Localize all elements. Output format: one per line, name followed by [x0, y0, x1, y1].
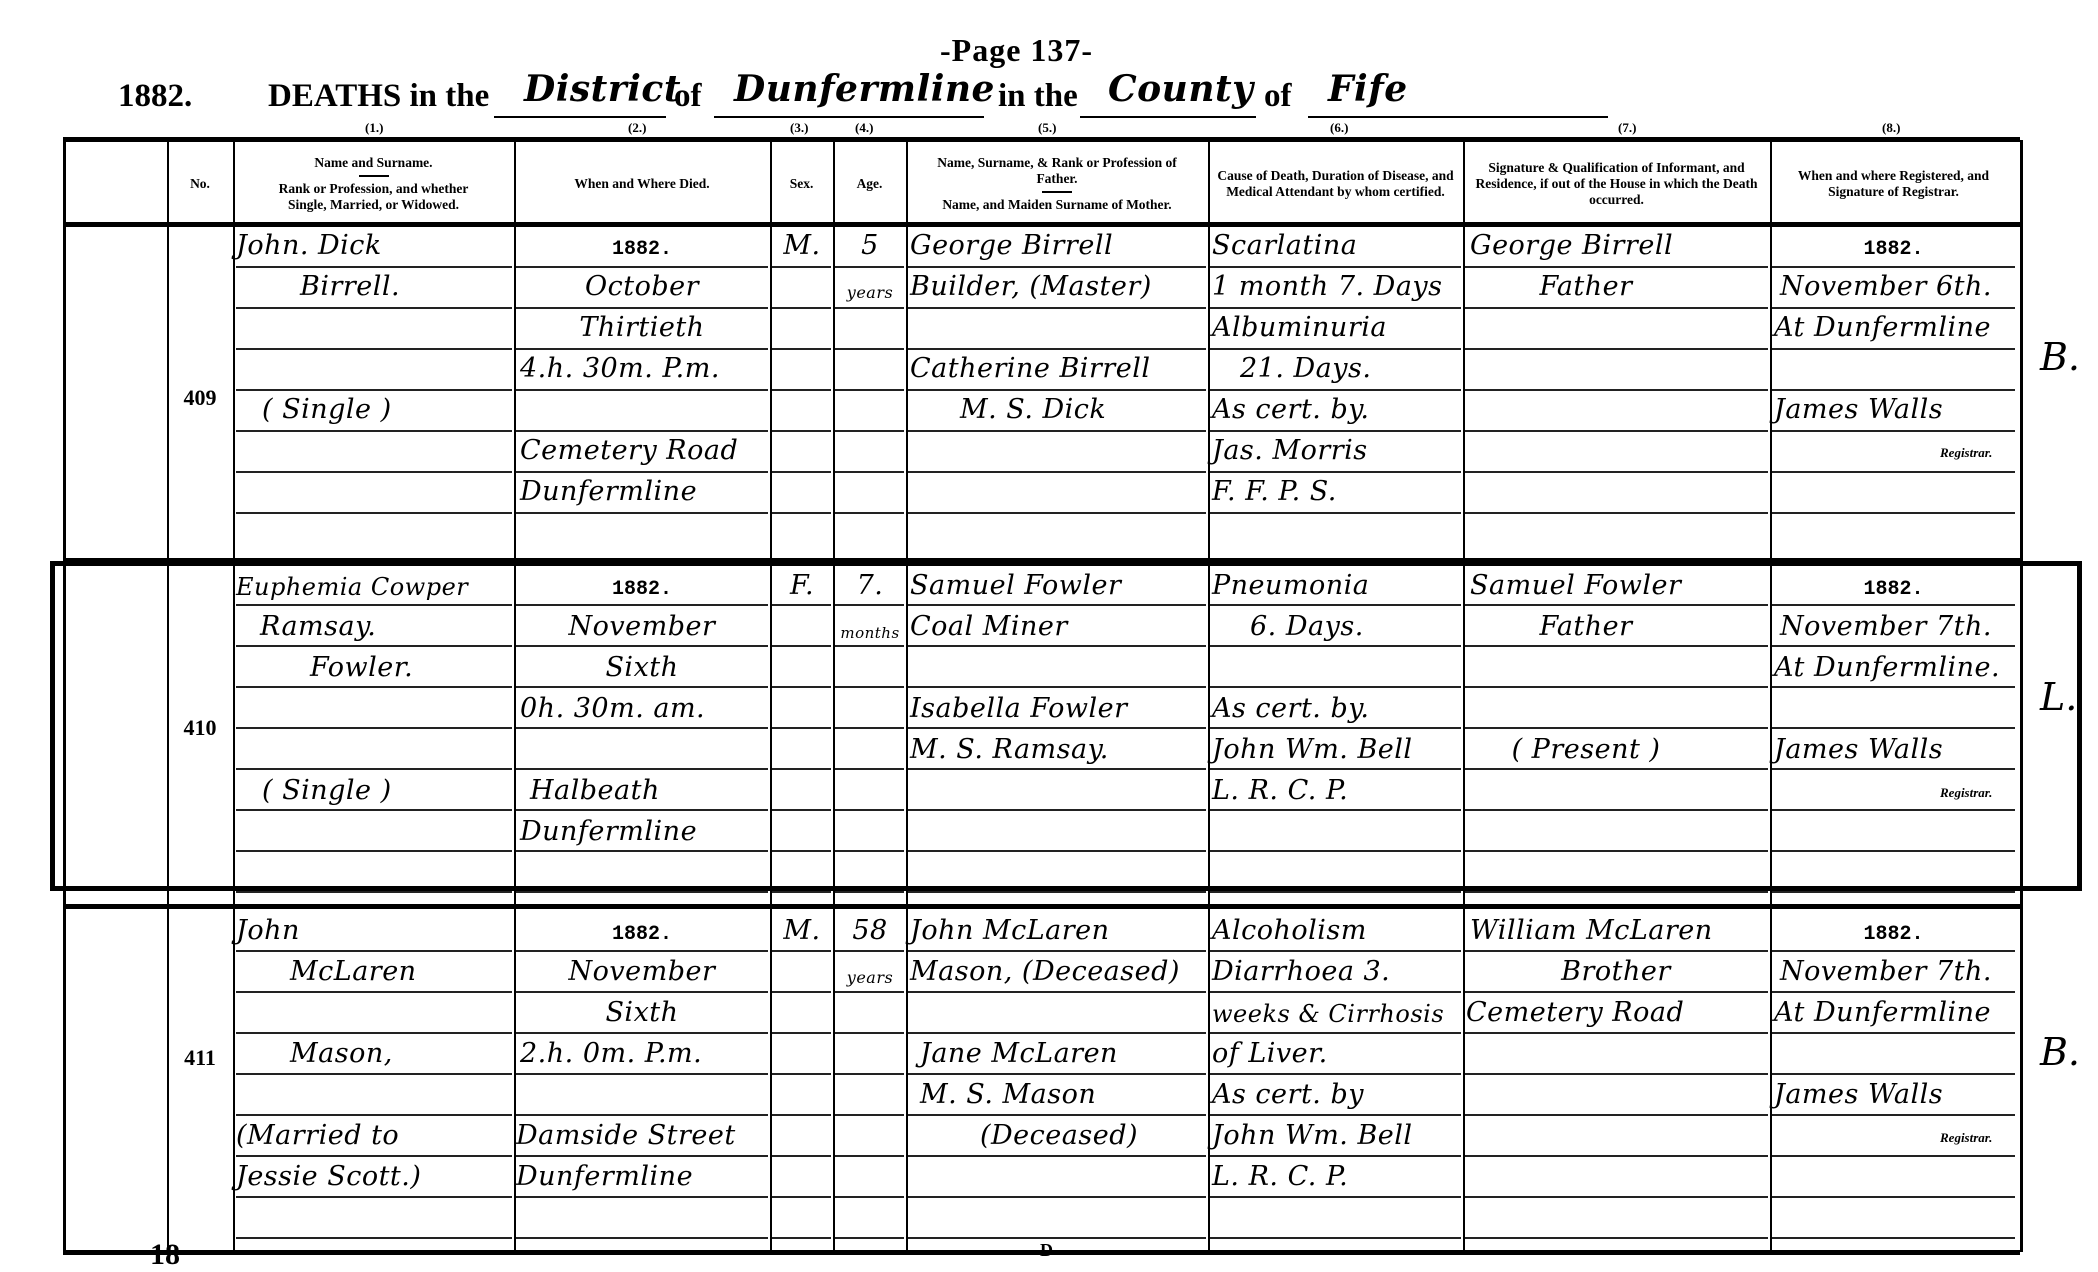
- ruled-line: [1772, 891, 2015, 893]
- ruled-line: [1465, 1237, 1768, 1239]
- col-number-4: (4.): [855, 120, 873, 136]
- name-line: McLaren: [290, 951, 510, 991]
- profession: Mason,: [290, 1033, 510, 1073]
- ruled-line: [236, 1196, 512, 1198]
- registrar-label: Registrar.: [1940, 1110, 2010, 1150]
- county-field: County: [1080, 78, 1256, 118]
- ruled-line: [1465, 1114, 1768, 1116]
- name-line: John: [236, 910, 511, 950]
- ruled-line: [1465, 1032, 1768, 1034]
- cause-line: 1 month 7. Days: [1212, 266, 1462, 306]
- cause-line: 21. Days.: [1240, 348, 1462, 388]
- sex-value: M.: [772, 225, 832, 265]
- father-name: George Birrell: [910, 225, 1206, 265]
- ruled-line: [908, 1237, 1206, 1239]
- marital-status: (Married to: [236, 1115, 514, 1155]
- ruled-line: [236, 307, 512, 309]
- ruled-line: [835, 1073, 904, 1075]
- ruled-line: [772, 1196, 831, 1198]
- ruled-line: [772, 991, 831, 993]
- record-number: 409: [170, 385, 230, 411]
- ruled-line: [1772, 1196, 2015, 1198]
- sex-value: M.: [772, 910, 832, 950]
- record-number: 411: [170, 1045, 230, 1071]
- cause-line: of Liver.: [1212, 1033, 1462, 1073]
- margin-mark: B.: [2040, 335, 2080, 379]
- death-year: 1882.: [516, 225, 768, 265]
- ruled-line: [516, 512, 768, 514]
- ruled-line: [1210, 1237, 1461, 1239]
- record-divider-410-411: [63, 904, 2020, 909]
- registered-place: At Dunfermline: [1774, 307, 2016, 347]
- ruled-line: [772, 891, 831, 893]
- ruled-line: [516, 1237, 768, 1239]
- ruled-line: [908, 1155, 1206, 1157]
- col-number-7: (7.): [1618, 120, 1636, 136]
- ruled-line: [772, 1032, 831, 1034]
- cause-line: Alcoholism: [1212, 910, 1462, 950]
- death-place: Cemetery Road: [520, 430, 768, 470]
- county-name-field: Fife: [1308, 78, 1608, 118]
- ruled-line: [1210, 1196, 1461, 1198]
- medical-attendant: Jas. Morris: [1212, 430, 1462, 470]
- ruled-line: [835, 1114, 904, 1116]
- ruled-line: [908, 307, 1206, 309]
- ruled-line: [835, 471, 904, 473]
- header-age: Age.: [833, 144, 906, 224]
- ruled-line: [772, 1114, 831, 1116]
- ruled-line: [908, 991, 1206, 993]
- mother-status: (Deceased): [980, 1115, 1206, 1155]
- ruled-line: [1465, 348, 1768, 350]
- registered-date: November 6th.: [1780, 266, 2016, 306]
- spouse-name: Jessie Scott.): [236, 1156, 514, 1196]
- registrar-signature: James Walls: [1774, 389, 2016, 429]
- mother-name: Catherine Birrell: [910, 348, 1206, 388]
- ruled-line: [772, 950, 831, 952]
- ruled-line: [1465, 307, 1768, 309]
- year-prefix: 1882.: [118, 78, 192, 115]
- informant-qualification: Father: [1466, 266, 1706, 306]
- age-value: 58: [835, 910, 905, 950]
- age-unit: years: [835, 266, 905, 306]
- death-place: Dunfermline: [516, 1156, 768, 1196]
- footer-page-number: 18: [150, 1238, 180, 1272]
- deaths-label: DEATHS in the: [268, 78, 489, 115]
- marital-status: ( Single ): [262, 389, 512, 429]
- ruled-line: [1465, 1073, 1768, 1075]
- medical-qualification: F. F. P. S.: [1212, 471, 1462, 511]
- cause-line: weeks & Cirrhosis: [1212, 992, 1462, 1032]
- ruled-line: [835, 389, 904, 391]
- medical-qualification: L. R. C. P.: [1212, 1156, 1462, 1196]
- ruled-line: [236, 1073, 512, 1075]
- ruled-line: [236, 891, 512, 893]
- death-month: October: [516, 266, 768, 306]
- informant-qualification: Brother: [1466, 951, 1766, 991]
- ruled-line: [236, 991, 512, 993]
- header-sex: Sex.: [770, 144, 833, 224]
- ruled-line: [772, 389, 831, 391]
- ruled-line: [1772, 1155, 2015, 1157]
- ruled-line: [908, 1196, 1206, 1198]
- informant-name: William McLaren: [1470, 910, 1766, 950]
- col-number-3: (3.): [790, 120, 808, 136]
- district-name-field: Dunfermline: [714, 78, 984, 118]
- header-registered: When and where Registered, and Signature…: [1770, 144, 2017, 224]
- ruled-line: [1465, 1155, 1768, 1157]
- ruled-line: [908, 471, 1206, 473]
- ruled-line: [1465, 430, 1768, 432]
- margin-mark: B.: [2040, 1030, 2080, 1074]
- death-place: Damside Street: [516, 1115, 768, 1155]
- ruled-line: [1772, 1237, 2015, 1239]
- cause-line: Scarlatina: [1212, 225, 1462, 265]
- ruled-line: [516, 1073, 768, 1075]
- ruled-line: [772, 1073, 831, 1075]
- name-line: John. Dick: [236, 225, 511, 265]
- col-number-6: (6.): [1330, 120, 1348, 136]
- header-divider-dash: [1042, 191, 1072, 193]
- header-informant: Signature & Qualification of Informant, …: [1463, 144, 1770, 224]
- father-profession: Mason, (Deceased): [910, 951, 1206, 991]
- col-number-5: (5.): [1038, 120, 1056, 136]
- ruled-line: [516, 891, 768, 893]
- ruled-line: [1465, 1196, 1768, 1198]
- ruled-line: [1465, 389, 1768, 391]
- death-month: November: [516, 951, 768, 991]
- district-field: District: [494, 78, 666, 118]
- medical-attendant: John Wm. Bell: [1212, 1115, 1462, 1155]
- cause-line: As cert. by: [1212, 1074, 1462, 1114]
- ruled-line: [835, 1032, 904, 1034]
- ruled-line: [1772, 348, 2015, 350]
- ruled-line: [835, 1196, 904, 1198]
- ruled-line: [1772, 1032, 2015, 1034]
- registered-year: 1882.: [1772, 910, 2015, 950]
- name-line: Birrell.: [300, 266, 510, 306]
- header-name: Name and Surname. Rank or Profession, an…: [233, 144, 514, 224]
- ruled-line: [772, 471, 831, 473]
- informant-name: George Birrell: [1470, 225, 1766, 265]
- ruled-line: [772, 430, 831, 432]
- header-no: No.: [167, 144, 233, 224]
- ruled-line: [835, 348, 904, 350]
- age-value: 5: [835, 225, 905, 265]
- ruled-line: [835, 991, 904, 993]
- ruled-line: [835, 891, 904, 893]
- col-number-2: (2.): [628, 120, 646, 136]
- ruled-line: [1772, 512, 2015, 514]
- header-when-where: When and Where Died.: [514, 144, 770, 224]
- death-time: 2.h. 0m. P.m.: [520, 1033, 768, 1073]
- ruled-line: [908, 430, 1206, 432]
- ruled-line: [835, 307, 904, 309]
- registrar-signature: James Walls: [1774, 1074, 2016, 1114]
- ruled-line: [236, 1237, 512, 1239]
- registered-place: At Dunfermline: [1774, 992, 2016, 1032]
- header-cause: Cause of Death, Duration of Disease, and…: [1208, 144, 1463, 224]
- age-unit: years: [835, 951, 905, 991]
- ruled-line: [236, 471, 512, 473]
- highlight-box-record-410: [50, 561, 2082, 891]
- informant-residence: Cemetery Road: [1466, 992, 1766, 1032]
- ruled-line: [1210, 891, 1461, 893]
- header-parents: Name, Surname, & Rank or Profession of F…: [906, 144, 1208, 224]
- registered-year: 1882.: [1772, 225, 2015, 265]
- father-profession: Builder, (Master): [910, 266, 1206, 306]
- cause-line: As cert. by.: [1212, 389, 1462, 429]
- of-label-2: of: [1264, 78, 1292, 115]
- table-top-border: [63, 137, 2020, 142]
- ruled-line: [1465, 512, 1768, 514]
- ruled-line: [772, 307, 831, 309]
- ruled-line: [835, 1237, 904, 1239]
- death-year: 1882.: [516, 910, 768, 950]
- ruled-line: [236, 512, 512, 514]
- ruled-line: [772, 512, 831, 514]
- ruled-line: [1772, 471, 2015, 473]
- ruled-line: [1210, 512, 1461, 514]
- footer-mark: D: [1040, 1240, 1053, 1261]
- ruled-line: [908, 512, 1206, 514]
- ruled-line: [772, 1237, 831, 1239]
- cause-line: Albuminuria: [1212, 307, 1462, 347]
- mother-maiden-name: M. S. Dick: [960, 389, 1206, 429]
- ruled-line: [772, 1155, 831, 1157]
- register-title: 1882. DEATHS in the District of Dunferml…: [118, 78, 2018, 122]
- ruled-line: [1465, 471, 1768, 473]
- ruled-line: [772, 348, 831, 350]
- ruled-line: [835, 512, 904, 514]
- mother-name: Jane McLaren: [920, 1033, 1206, 1073]
- ruled-line: [516, 1196, 768, 1198]
- ruled-line: [835, 1155, 904, 1157]
- of-label-1: of: [674, 78, 702, 115]
- ruled-line: [516, 389, 768, 391]
- registered-date: November 7th.: [1780, 951, 2016, 991]
- ruled-line: [835, 430, 904, 432]
- ruled-line: [772, 266, 831, 268]
- ruled-line: [908, 891, 1206, 893]
- mother-maiden-name: M. S. Mason: [920, 1074, 1206, 1114]
- ruled-line: [1465, 891, 1768, 893]
- death-time: 4.h. 30m. P.m.: [520, 348, 768, 388]
- ruled-line: [236, 348, 512, 350]
- death-place: Dunfermline: [520, 471, 768, 511]
- col-number-8: (8.): [1882, 120, 1900, 136]
- page-number-label: -Page 137-: [940, 32, 1093, 69]
- registrar-label: Registrar.: [1940, 425, 2010, 465]
- death-day: Sixth: [516, 992, 768, 1032]
- ruled-line: [236, 430, 512, 432]
- col-number-1: (1.): [365, 120, 383, 136]
- death-day: Thirtieth: [516, 307, 768, 347]
- header-divider-dash: [359, 175, 389, 177]
- father-name: John McLaren: [910, 910, 1206, 950]
- in-the-label: in the: [998, 78, 1078, 115]
- cause-line: Diarrhoea 3.: [1212, 951, 1462, 991]
